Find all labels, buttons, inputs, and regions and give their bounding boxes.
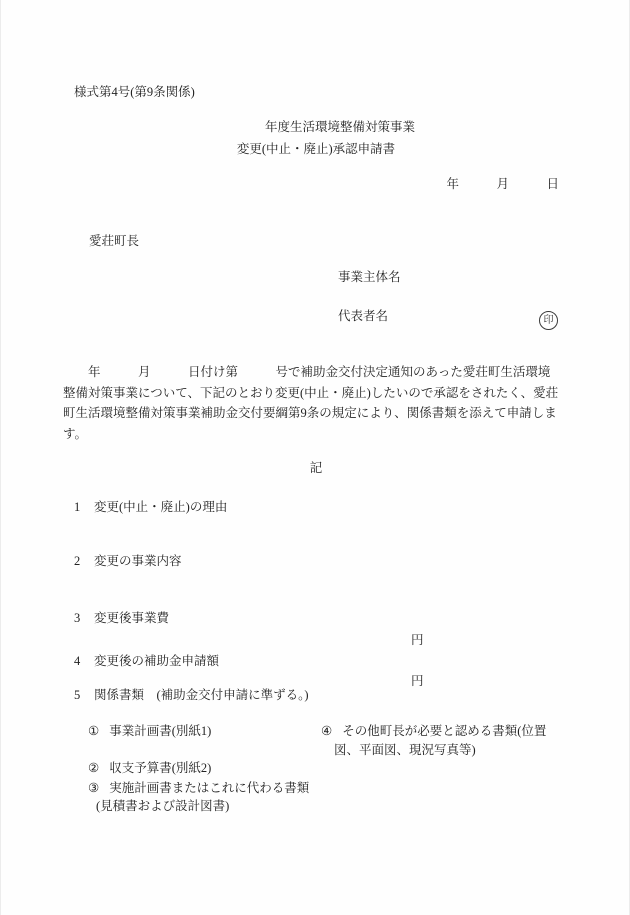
circled-number: ② — [88, 760, 99, 776]
attachment-label: 収支予算書(別紙2) — [109, 761, 211, 775]
item-number: 1 — [74, 499, 81, 515]
body-line: す。 — [63, 424, 561, 445]
item-4-subsidy-amount: 4変更後の補助金申請額 — [74, 653, 219, 669]
attachment-2-budget: ②収支予算書(別紙2) — [88, 760, 211, 776]
attachment-label: 事業計画書(別紙1) — [109, 724, 211, 738]
item-number: 3 — [74, 610, 81, 626]
form-number: 様式第4号(第9条関係) — [74, 84, 195, 100]
document-title: 年度生活環境整備対策事業 変更(中止・廃止)承認申請書 — [1, 116, 630, 160]
title-line-2: 変更(中止・廃止)承認申請書 — [1, 138, 630, 160]
body-paragraph: 年 月 日付け第 号で補助金交付決定通知のあった愛荘町生活環境 整備対策事業につ… — [63, 362, 561, 444]
item-label: 変更の事業内容 — [94, 554, 182, 568]
item-number: 5 — [74, 687, 81, 703]
circled-number: ④ — [321, 723, 332, 739]
business-entity-label: 事業主体名 — [338, 269, 401, 285]
attachment-label: その他町長が必要と認める書類(位置 — [342, 724, 546, 738]
title-line-1: 年度生活環境整備対策事業 — [25, 116, 630, 138]
application-form-page: 様式第4号(第9条関係) 年度生活環境整備対策事業 変更(中止・廃止)承認申請書… — [0, 0, 630, 915]
item-2-change-content: 2変更の事業内容 — [74, 553, 182, 569]
item-label: 関係書類 (補助金交付申請に準ずる。) — [94, 688, 309, 702]
yen-unit-project-cost: 円 — [411, 632, 424, 648]
circled-number: ① — [88, 723, 99, 739]
seal-character: 印 — [544, 316, 554, 326]
circled-number: ③ — [88, 780, 99, 796]
body-line: 年 月 日付け第 号で補助金交付決定通知のあった愛荘町生活環境 — [63, 362, 561, 383]
addressee-mayor: 愛荘町長 — [89, 233, 139, 249]
item-label: 変更後事業費 — [94, 611, 169, 625]
seal-mark: 印 — [539, 311, 558, 330]
item-label: 変更(中止・廃止)の理由 — [94, 500, 227, 514]
attachment-3-sub-label: (見積書および設計図書) — [96, 798, 229, 814]
ki-marker: 記 — [1, 457, 630, 479]
item-5-related-documents: 5関係書類 (補助金交付申請に準ずる。) — [74, 687, 309, 703]
body-line: 整備対策事業について、下記のとおり変更(中止・廃止)したいので承認をされたく、愛… — [63, 383, 561, 404]
attachment-3-implementation-plan: ③実施計画書またはこれに代わる書類 — [88, 780, 309, 796]
representative-label: 代表者名 — [338, 308, 388, 324]
attachment-label: 実施計画書またはこれに代わる書類 — [109, 781, 309, 795]
attachment-4-label-wrap: 図、平面図、現況写真等) — [334, 742, 476, 758]
item-number: 2 — [74, 553, 81, 569]
attachment-4-other-documents: ④その他町長が必要と認める書類(位置 — [321, 723, 546, 739]
body-line: 町生活環境整備対策事業補助金交付要綱第9条の規定により、関係書類を添えて申請しま — [63, 403, 561, 424]
item-3-project-cost: 3変更後事業費 — [74, 610, 169, 626]
attachment-1-business-plan: ①事業計画書(別紙1) — [88, 723, 211, 739]
date-line: 年 月 日 — [446, 176, 559, 192]
item-1-change-reason: 1変更(中止・廃止)の理由 — [74, 499, 227, 515]
item-number: 4 — [74, 653, 81, 669]
item-label: 変更後の補助金申請額 — [94, 654, 219, 668]
yen-unit-subsidy-amount: 円 — [411, 673, 424, 689]
